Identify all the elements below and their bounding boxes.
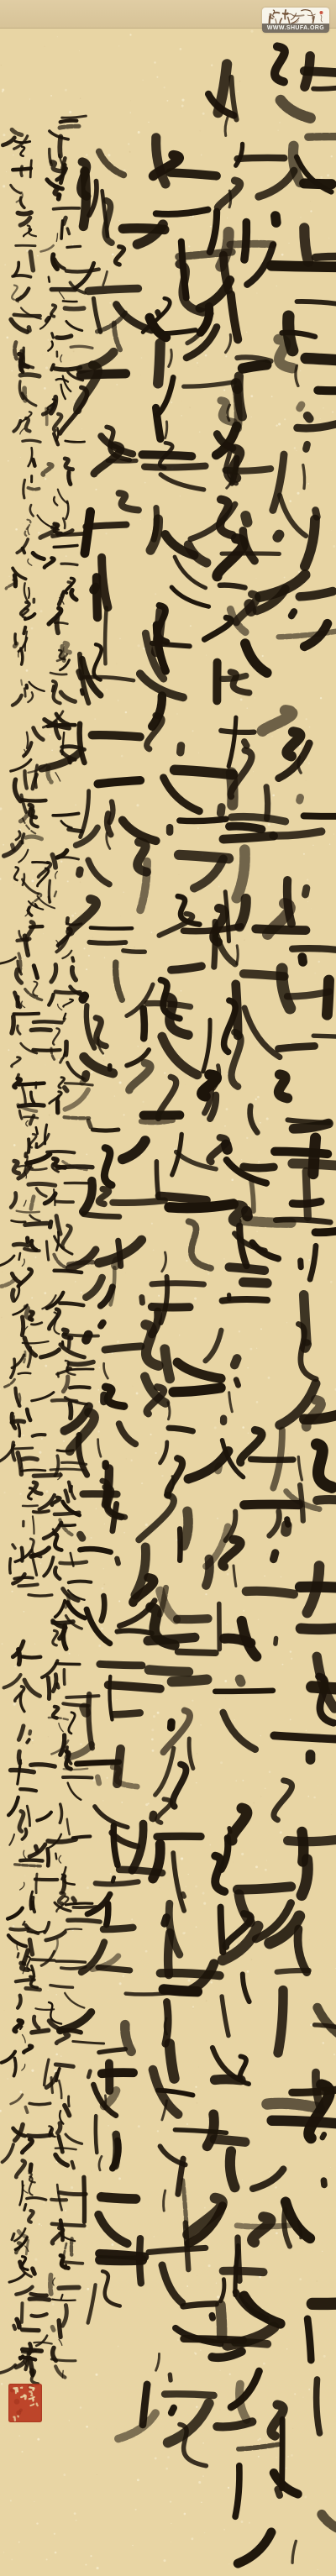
calligraphy-scroll: WWW.SHUFA.ORG — [0, 0, 336, 2576]
watermark-url-text: WWW.SHUFA.ORG — [262, 24, 329, 33]
calligraphy-column-main-4 — [41, 152, 180, 2323]
watermark-logo-icon — [262, 8, 329, 24]
calligraphy-column-main-2 — [168, 64, 306, 2516]
watermark-logo-glyphs — [270, 10, 316, 24]
artist-seal — [8, 2384, 42, 2422]
calligraphy-column-colophon-1 — [27, 116, 104, 2378]
artwork-canvas — [0, 0, 336, 2576]
calligraphy-column-main-1 — [227, 47, 336, 2564]
watermark-logo-seal-dot — [320, 11, 323, 14]
watermark-logo — [262, 8, 329, 24]
site-watermark: WWW.SHUFA.ORG — [262, 8, 329, 33]
